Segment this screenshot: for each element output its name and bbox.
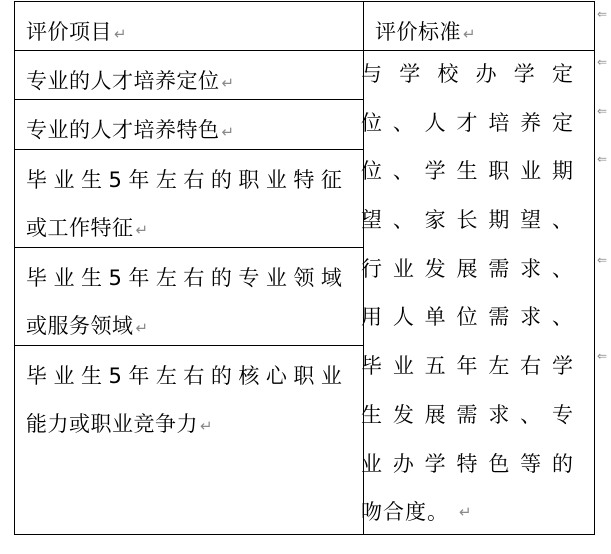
paragraph-mark-icon: ↵ [136, 221, 149, 239]
standard-line: 生发展需求、专 [361, 391, 573, 440]
row-end-mark-icon: ⇐ [597, 153, 607, 165]
standard-line: 用人单位需求、 [361, 293, 573, 342]
standard-line: 毕业五年左右学 [361, 342, 573, 391]
standard-line: 位、人才培养定 [361, 99, 573, 148]
paragraph-mark-icon: ↵ [114, 25, 127, 43]
row-end-mark-icon: ⇐ [597, 56, 607, 68]
standard-line: 与学校办学定 [361, 50, 573, 99]
standard-line: 吻合度。↵ [361, 488, 573, 537]
row-end-mark-icon: ⇐ [597, 254, 607, 266]
header-evaluation-item: 评价项目↵ [26, 8, 127, 58]
paragraph-mark-icon: ↵ [222, 123, 235, 141]
paragraph-mark-icon: ↵ [136, 319, 149, 337]
standard-line: 位、学生职业期 [361, 147, 573, 196]
item-career-features: 毕业生5年左右的职业特征 或工作特征↵ [26, 156, 348, 254]
item-professional-domain: 毕业生5年左右的专业领域 或服务领域↵ [26, 254, 348, 352]
paragraph-mark-icon: ↵ [200, 417, 213, 435]
item-core-competence: 毕业生5年左右的核心职业 能力或职业竞争力↵ [26, 352, 348, 450]
row-end-mark-icon: ⇐ [597, 8, 607, 20]
paragraph-mark-icon: ↵ [222, 74, 235, 92]
standard-line: 业办学特色等的 [361, 440, 573, 489]
evaluation-standard-text: 与学校办学定位、人才培养定位、学生职业期望、家长期望、行业发展需求、用人单位需求… [361, 50, 573, 537]
standard-line: 行业发展需求、 [361, 245, 573, 294]
item-talent-features: 专业的人才培养特色↵ [26, 106, 235, 156]
standard-line: 望、家长期望、 [361, 196, 573, 245]
row-end-mark-icon: ⇐ [597, 105, 607, 117]
paragraph-mark-icon: ↵ [459, 488, 473, 537]
paragraph-mark-icon: ↵ [463, 25, 476, 43]
row-end-mark-icon: ⇐ [597, 350, 607, 362]
item-talent-positioning: 专业的人才培养定位↵ [26, 57, 235, 107]
